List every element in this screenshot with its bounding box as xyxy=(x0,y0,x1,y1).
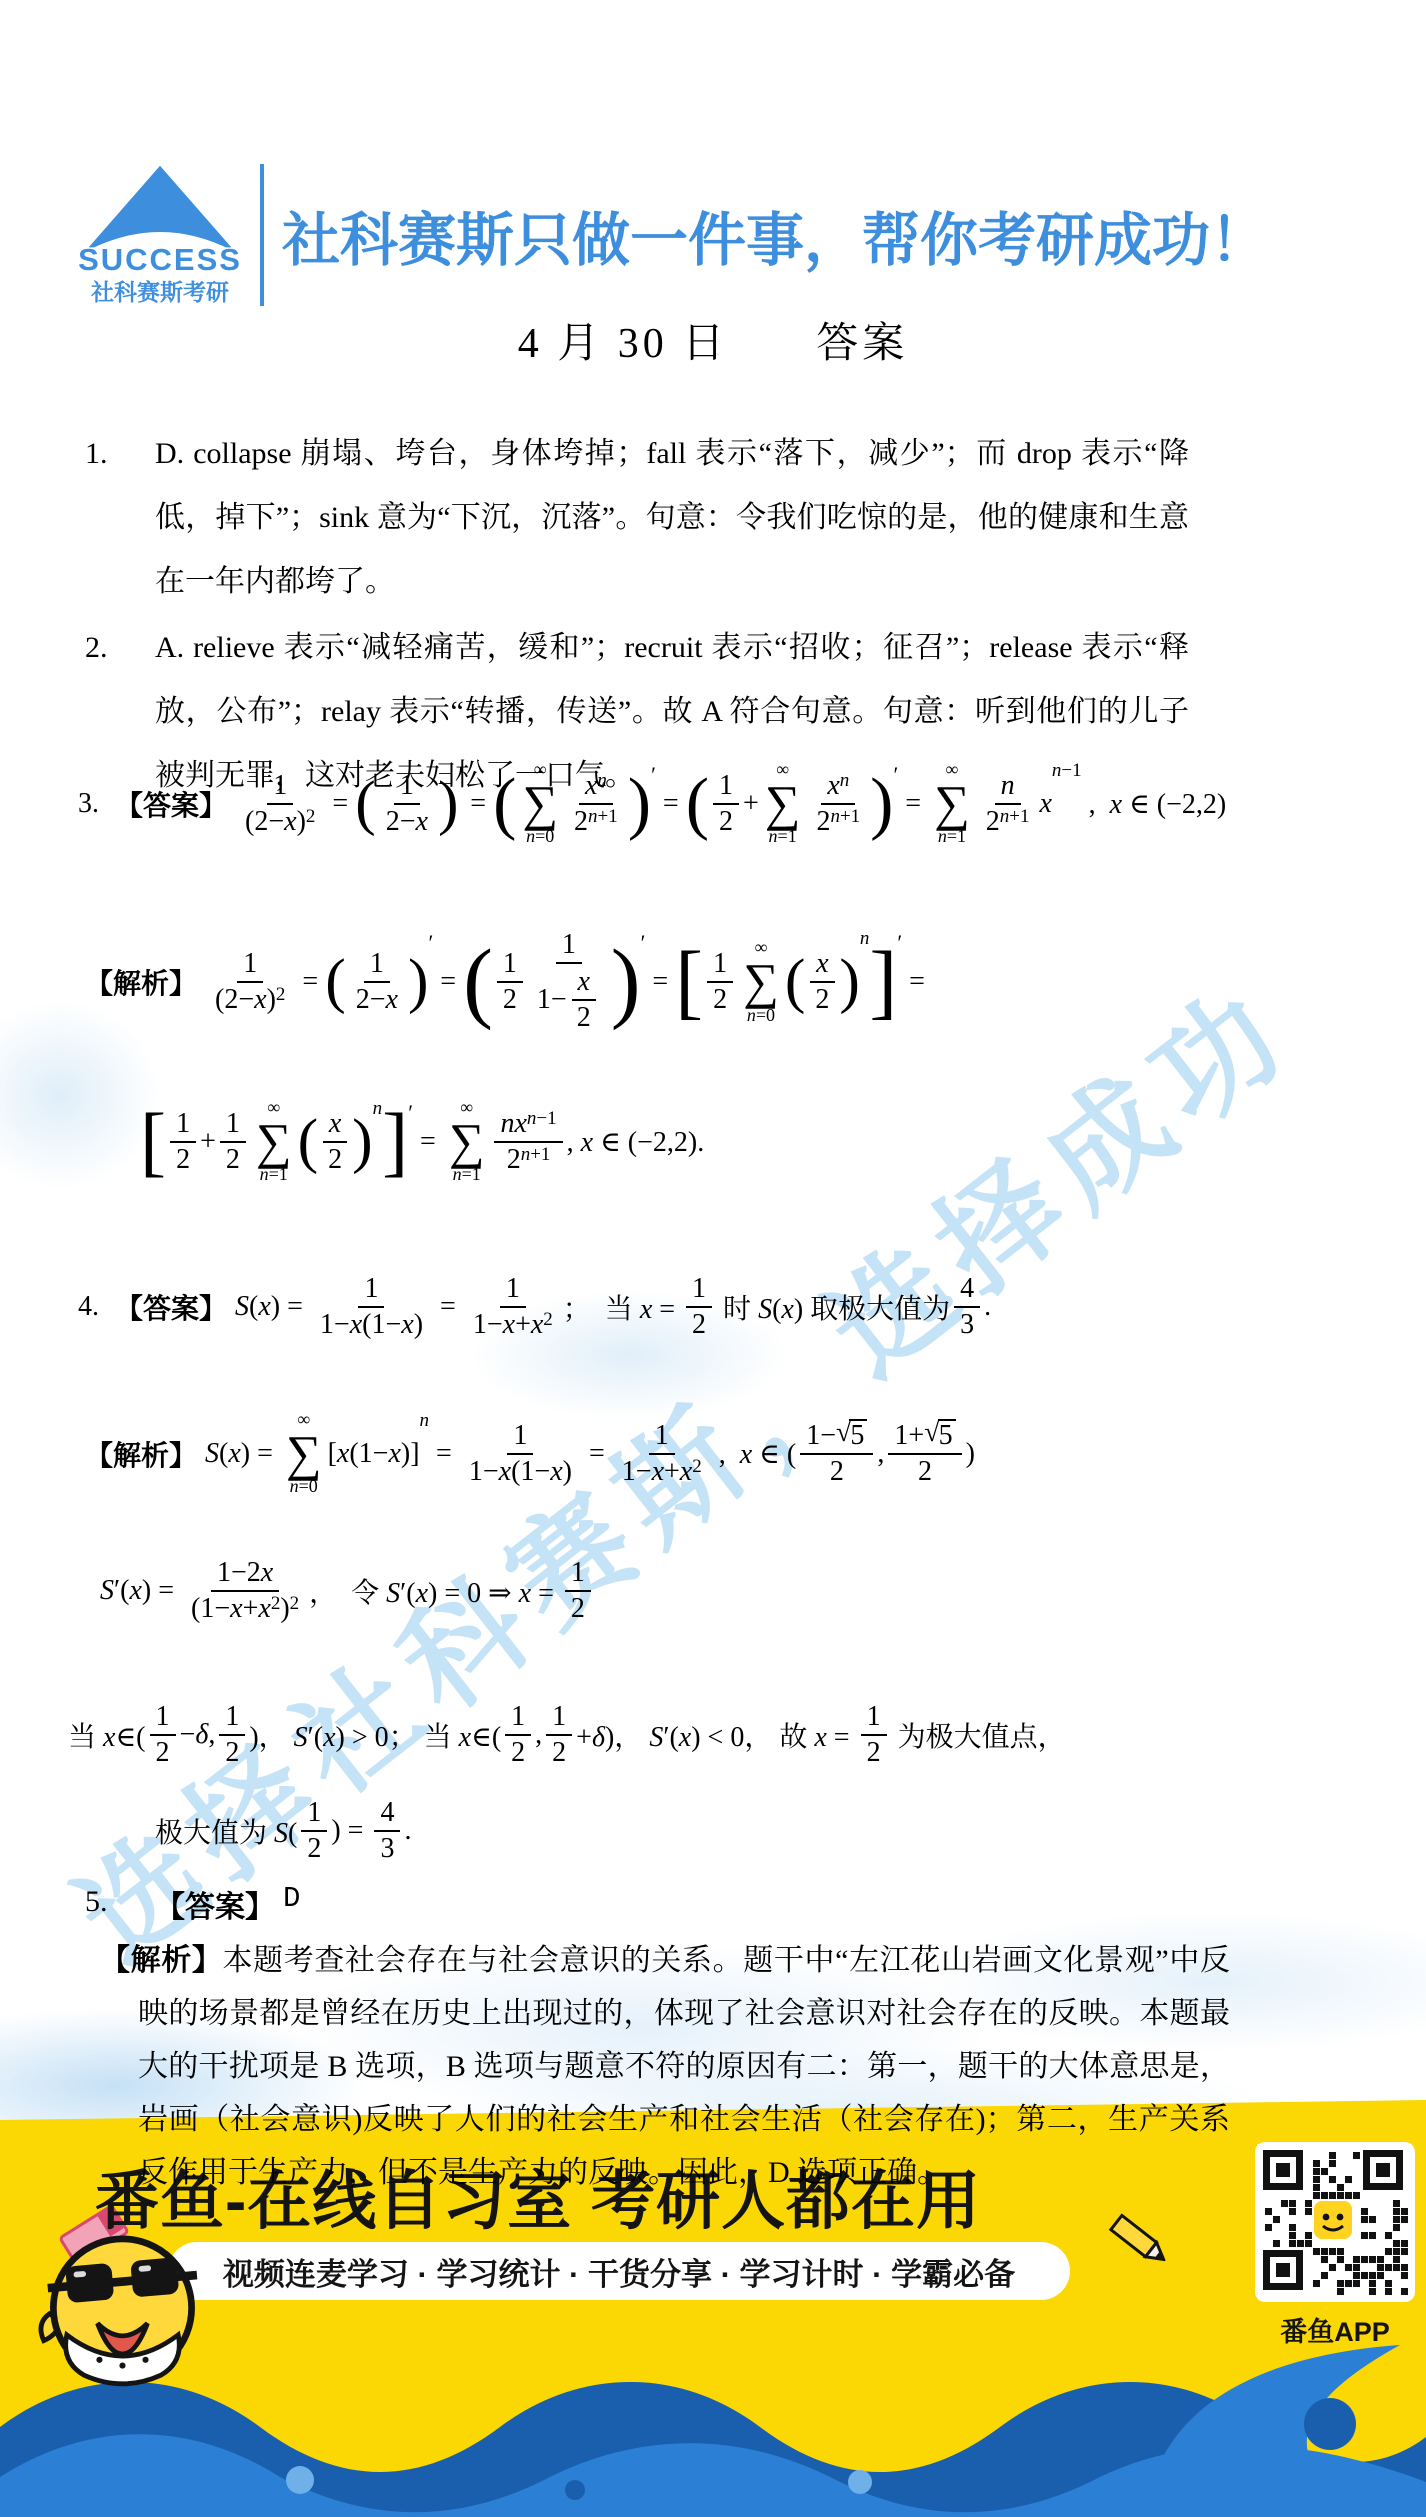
title-label: 答案 xyxy=(816,310,908,370)
item3-answer-formula-line: 3. 【答案】 1(2−x)2 = (12−x)′ = (∞∑n=0xn2n+1… xyxy=(78,760,1226,847)
item3-analysis-formula-line-1: 【解析】 1(2−x)2 = (12−x)′ = (1211−x2)′ = [1… xyxy=(85,928,925,1036)
analysis-label: 【解析】 xyxy=(100,1944,223,1977)
answer-label: 【答案】 xyxy=(115,1287,227,1327)
waves-decoration-icon xyxy=(0,2312,1426,2517)
item4-sign-formula-line: 当 x∈(12−δ,12)， S′(x) > 0； 当 x∈(12,12+δ)，… xyxy=(68,1700,1066,1770)
item4-derivative-formula-line: S′(x) = 1−2x(1−x+x2)2， 令 S′(x) = 0 ⇒ x =… xyxy=(100,1556,595,1626)
logo-title: SUCCESS xyxy=(78,244,242,275)
qr-app-label: 番鱼APP xyxy=(1280,2310,1390,2349)
qr-section: 番鱼APP xyxy=(1256,2142,1414,2349)
formula: 当 x∈(12−δ,12)， S′(x) > 0； 当 x∈(12,12+δ)，… xyxy=(68,1700,1066,1770)
answer-label: 【答案】 xyxy=(155,1882,275,1926)
formula: S(x) = 11−x(1−x) = 11−x+x2； 当 x = 12 时 S… xyxy=(235,1272,991,1342)
logo-subtitle: 社科赛斯考研 xyxy=(91,279,229,307)
page: 选择社科赛斯，选择成功 SUCCESS 社科赛斯考研 社科赛斯只做一件事，帮你考… xyxy=(0,0,1426,2517)
answer-item-5: 5. 【答案】 D xyxy=(85,1882,300,1926)
item4-answer-formula-line: 4. 【答案】 S(x) = 11−x(1−x) = 11−x+x2； 当 x … xyxy=(78,1272,991,1342)
item-text: D. collapse 崩塌、垮台，身体垮掉；fall 表示“落下，减少”；而 … xyxy=(155,422,1189,614)
item4-max-formula-line: 极大值为 S(12) = 43. xyxy=(155,1796,411,1866)
formula: [12+12∞∑n=1(x2)n]′ = ∞∑n=1nxn−12n+1, x ∈… xyxy=(140,1098,704,1185)
pencil-doodle-icon xyxy=(1107,2211,1173,2271)
answer-item-1: 1. D. collapse 崩塌、垮台，身体垮掉；fall 表示“落下，减少”… xyxy=(85,422,1189,614)
formula: 1(2−x)2 = (12−x)′ = (∞∑n=0xn2n+1)′ = (12… xyxy=(235,760,1226,847)
item-number: 3. xyxy=(78,788,99,820)
mountain-logo-icon xyxy=(85,164,235,250)
header-slogan: 社科赛斯只做一件事，帮你考研成功！ xyxy=(282,193,1268,277)
header: SUCCESS 社科赛斯考研 社科赛斯只做一件事，帮你考研成功！ xyxy=(72,160,1268,310)
item4-analysis-formula-line: 【解析】 S(x) = ∞∑n=0[x(1−x)]n = 11−x(1−x) =… xyxy=(85,1410,975,1497)
page-title: 4 月 30 日 答案 xyxy=(0,310,1426,370)
qr-code xyxy=(1255,2142,1415,2302)
answer-letter: D xyxy=(283,1882,300,1926)
feature-text: 视频连麦学习 · 学习统计 · 干货分享 · 学习计时 · 学霸必备 xyxy=(223,2249,1015,2294)
analysis-label: 【解析】 xyxy=(85,1434,197,1474)
formula: S′(x) = 1−2x(1−x+x2)2， 令 S′(x) = 0 ⇒ x =… xyxy=(100,1556,595,1626)
analysis-label: 【解析】 xyxy=(85,962,197,1002)
title-date: 4 月 30 日 xyxy=(518,310,729,370)
formula: 极大值为 S(12) = 43. xyxy=(155,1796,411,1866)
item3-analysis-formula-line-2: [12+12∞∑n=1(x2)n]′ = ∞∑n=1nxn−12n+1, x ∈… xyxy=(140,1098,704,1185)
fish-mascot-icon xyxy=(38,2222,206,2394)
formula: S(x) = ∞∑n=0[x(1−x)]n = 11−x(1−x) = 11−x… xyxy=(205,1410,975,1497)
item-number: 1. xyxy=(85,422,155,614)
header-divider xyxy=(260,164,264,306)
item5-analysis-paragraph: 【解析】本题考查社会存在与社会意识的关系。题干中“左江花山岩画文化景观”中反映的… xyxy=(100,1934,1230,2199)
analysis-text: 本题考查社会存在与社会意识的关系。题干中“左江花山岩画文化景观”中反映的场景都是… xyxy=(138,1944,1230,2189)
item-number: 4. xyxy=(78,1291,99,1323)
formula: 1(2−x)2 = (12−x)′ = (1211−x2)′ = [12∞∑n=… xyxy=(205,928,925,1036)
feature-pill: 视频连麦学习 · 学习统计 · 干货分享 · 学习计时 · 学霸必备 xyxy=(168,2242,1070,2300)
logo: SUCCESS 社科赛斯考研 xyxy=(72,164,248,307)
item-number: 5. xyxy=(85,1882,155,1926)
answer-label: 【答案】 xyxy=(115,784,227,824)
